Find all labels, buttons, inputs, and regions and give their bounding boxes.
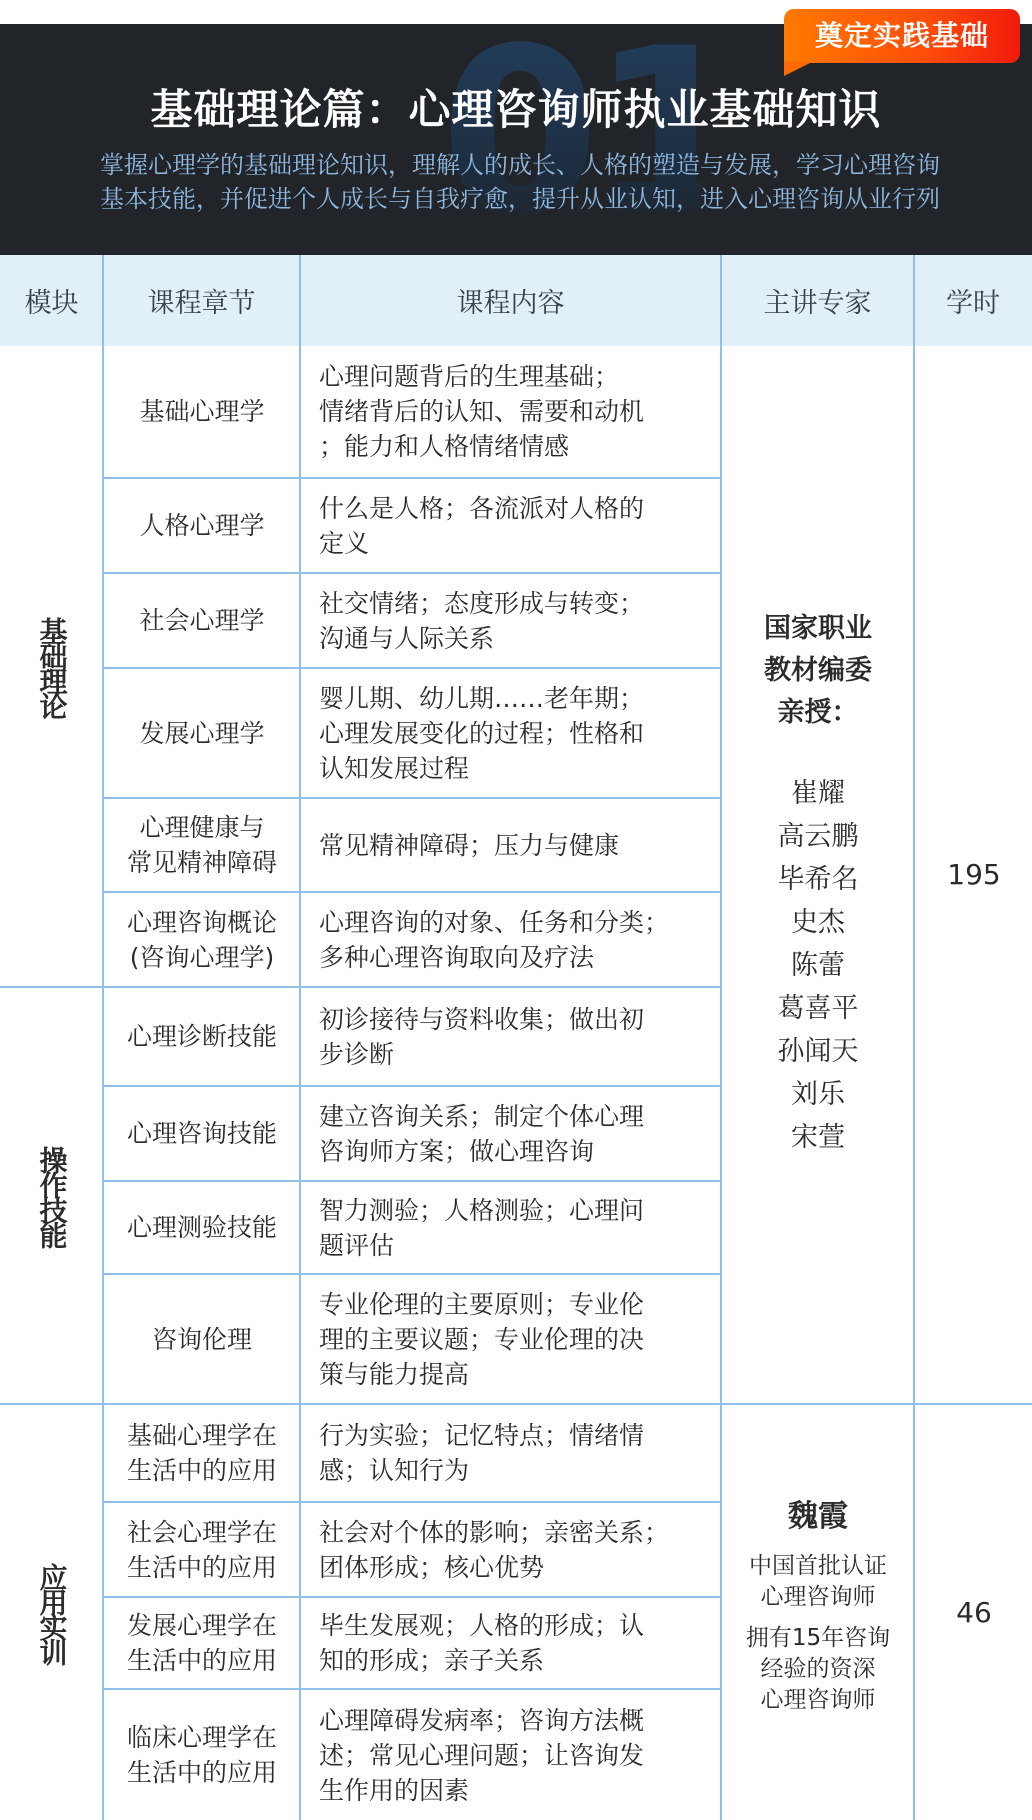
chapter-cell: 社会心理学 [104, 574, 300, 667]
module-label: 基础理论 [37, 617, 67, 717]
chapter-line: 发展心理学在 [127, 1608, 277, 1643]
content-line: 步诊断 [319, 1037, 644, 1072]
header-hours: 学时 [914, 255, 1032, 346]
hours-cell-46: 46 [916, 1405, 1032, 1820]
content-cell: 社会对个体的影响；亲密关系； 团体形成；核心优势 [301, 1503, 721, 1596]
chapter-line: 心理健康与 [127, 810, 277, 845]
expert-desc-line: 心理咨询师 [761, 1685, 876, 1716]
content-cell: 常见精神障碍；压力与健康 [301, 799, 721, 891]
content-line: 感；认知行为 [319, 1453, 644, 1488]
content-line: 婴儿期、幼儿期……老年期； [319, 681, 644, 716]
chapter-line: 生活中的应用 [127, 1755, 277, 1790]
chapter-line: 临床心理学在 [127, 1720, 277, 1755]
content-line: 什么是人格；各流派对人格的 [319, 491, 644, 526]
expert-name: 魏霞 [788, 1495, 848, 1539]
expert-heading-line: 教材编委 [764, 650, 872, 692]
chapter-cell: 基础心理学在 生活中的应用 [104, 1405, 300, 1501]
content-cell: 心理障碍发病率；咨询方法概 述；常见心理问题；让咨询发 生作用的因素 [301, 1690, 721, 1820]
chapter-line: 社会心理学 [139, 603, 264, 638]
chapter-cell: 社会心理学在 生活中的应用 [104, 1503, 300, 1596]
content-cell: 社交情绪；态度形成与转变； 沟通与人际关系 [301, 574, 721, 667]
content-line: 社交情绪；态度形成与转变； [319, 586, 644, 621]
expert-cell-weixia: 魏霞 中国首批认证 心理咨询师 拥有15年咨询 经验的资深 心理咨询师 [722, 1495, 914, 1716]
module-basic-theory: 基础理论 [0, 346, 103, 987]
hours-value: 46 [956, 1596, 992, 1629]
module-applied-training: 应用实训 [0, 1405, 103, 1820]
practice-badge: 奠定实践基础 [784, 9, 1020, 63]
chapter-line: 心理测验技能 [127, 1210, 277, 1245]
content-cell: 专业伦理的主要原则；专业伦 理的主要议题；专业伦理的决 策与能力提高 [301, 1275, 721, 1403]
chapter-cell: 心理诊断技能 [104, 988, 300, 1085]
expert-cell-national: 国家职业 教材编委 亲授： 崔耀 高云鹏 毕希名 史杰 陈蕾 葛喜平 孙闻天 刘… [722, 608, 914, 1159]
expert-name: 崔耀 [791, 772, 845, 815]
content-line: 专业伦理的主要原则；专业伦 [319, 1287, 644, 1322]
subtitle-line: 掌握心理学的基础理论知识，理解人的成长、人格的塑造与发展，学习心理咨询 [60, 148, 980, 182]
page-subtitle: 掌握心理学的基础理论知识，理解人的成长、人格的塑造与发展，学习心理咨询 基本技能… [60, 148, 980, 216]
content-line: ；能力和人格情绪情感 [319, 429, 644, 464]
content-line: 初诊接待与资料收集；做出初 [319, 1002, 644, 1037]
hours-cell-195: 195 [916, 346, 1032, 1403]
chapter-cell: 发展心理学在 生活中的应用 [104, 1598, 300, 1688]
chapter-line: 心理诊断技能 [127, 1019, 277, 1054]
content-line: 策与能力提高 [319, 1357, 644, 1392]
chapter-cell: 咨询伦理 [104, 1275, 300, 1403]
chapter-line: 人格心理学 [139, 508, 264, 543]
badge-tail-shape [784, 62, 812, 76]
content-cell: 初诊接待与资料收集；做出初 步诊断 [301, 988, 721, 1085]
content-line: 咨询师方案；做心理咨询 [319, 1134, 644, 1169]
content-line: 行为实验；记忆特点；情绪情 [319, 1418, 644, 1453]
page-title: 基础理论篇：心理咨询师执业基础知识 [0, 82, 1032, 138]
expert-desc-line: 拥有15年咨询 [746, 1623, 890, 1654]
expert-desc-line: 中国首批认证 [749, 1551, 887, 1582]
chapter-line: 心理咨询概论 [127, 905, 277, 940]
hours-value: 195 [947, 858, 1000, 891]
content-line: 生作用的因素 [319, 1773, 644, 1808]
content-line: 社会对个体的影响；亲密关系； [319, 1515, 669, 1550]
chapter-cell: 心理咨询概论 (咨询心理学) [104, 893, 300, 986]
content-line: 述；常见心理问题；让咨询发 [319, 1738, 644, 1773]
content-line: 心理障碍发病率；咨询方法概 [319, 1703, 644, 1738]
content-cell: 建立咨询关系；制定个体心理 咨询师方案；做心理咨询 [301, 1087, 721, 1180]
content-line: 沟通与人际关系 [319, 621, 644, 656]
chapter-cell: 发展心理学 [104, 669, 300, 797]
content-cell: 心理咨询的对象、任务和分类； 多种心理咨询取向及疗法 [301, 893, 721, 986]
header-expert: 主讲专家 [721, 255, 914, 346]
expert-name: 毕希名 [778, 858, 859, 901]
chapter-cell: 心理测验技能 [104, 1182, 300, 1273]
content-cell: 什么是人格；各流派对人格的 定义 [301, 479, 721, 572]
chapter-line: 常见精神障碍 [127, 845, 277, 880]
chapter-line: 生活中的应用 [127, 1643, 277, 1678]
header-content: 课程内容 [300, 255, 721, 346]
expert-heading-line: 亲授： [778, 692, 859, 734]
expert-desc-line: 心理咨询师 [761, 1582, 876, 1613]
content-line: 毕生发展观；人格的形成；认 [319, 1608, 644, 1643]
expert-name: 陈蕾 [791, 944, 845, 987]
expert-desc-line: 经验的资深 [761, 1654, 876, 1685]
header-module: 模块 [0, 255, 103, 346]
content-line: 心理咨询的对象、任务和分类； [319, 905, 669, 940]
content-line: 定义 [319, 526, 644, 561]
content-line: 多种心理咨询取向及疗法 [319, 940, 669, 975]
module-operation-skills: 操作技能 [0, 988, 103, 1404]
chapter-line: 基础心理学在 [127, 1418, 277, 1453]
content-line: 心理发展变化的过程；性格和 [319, 716, 644, 751]
chapter-line: 社会心理学在 [127, 1515, 277, 1550]
content-line: 智力测验；人格测验；心理问 [319, 1193, 644, 1228]
expert-name: 宋萱 [791, 1116, 845, 1159]
chapter-line: 发展心理学 [139, 716, 264, 751]
chapter-line: 生活中的应用 [127, 1453, 277, 1488]
content-cell: 心理问题背后的生理基础； 情绪背后的认知、需要和动机 ；能力和人格情绪情感 [301, 346, 721, 477]
chapter-line: 生活中的应用 [127, 1550, 277, 1585]
chapter-cell: 临床心理学在 生活中的应用 [104, 1690, 300, 1820]
chapter-cell: 心理咨询技能 [104, 1087, 300, 1180]
content-line: 常见精神障碍；压力与健康 [319, 828, 619, 863]
expert-name: 刘乐 [791, 1073, 845, 1116]
content-cell: 智力测验；人格测验；心理问 题评估 [301, 1182, 721, 1273]
expert-name: 史杰 [791, 901, 845, 944]
content-cell: 婴儿期、幼儿期……老年期； 心理发展变化的过程；性格和 认知发展过程 [301, 669, 721, 797]
expert-heading-line: 国家职业 [764, 608, 872, 650]
content-line: 题评估 [319, 1228, 644, 1263]
chapter-cell: 心理健康与 常见精神障碍 [104, 799, 300, 891]
content-line: 情绪背后的认知、需要和动机 [319, 394, 644, 429]
chapter-cell: 人格心理学 [104, 479, 300, 572]
header-chapter: 课程章节 [103, 255, 300, 346]
content-cell: 毕生发展观；人格的形成；认 知的形成；亲子关系 [301, 1598, 721, 1688]
content-line: 团体形成；核心优势 [319, 1550, 669, 1585]
chapter-cell: 基础心理学 [104, 346, 300, 477]
chapter-line: 基础心理学 [139, 394, 264, 429]
content-line: 理的主要议题；专业伦理的决 [319, 1322, 644, 1357]
content-line: 认知发展过程 [319, 751, 644, 786]
content-cell: 行为实验；记忆特点；情绪情 感；认知行为 [301, 1405, 721, 1501]
subtitle-line: 基本技能，并促进个人成长与自我疗愈，提升从业认知，进入心理咨询从业行列 [60, 182, 980, 216]
expert-name: 葛喜平 [778, 987, 859, 1030]
expert-name: 高云鹏 [778, 815, 859, 858]
chapter-line: 心理咨询技能 [127, 1116, 277, 1151]
chapter-line: (咨询心理学) [127, 940, 277, 975]
table-header: 模块 课程章节 课程内容 主讲专家 学时 [0, 255, 1032, 346]
expert-name: 孙闻天 [778, 1030, 859, 1073]
chapter-line: 咨询伦理 [152, 1322, 252, 1357]
module-label: 操作技能 [37, 1146, 67, 1246]
content-line: 心理问题背后的生理基础； [319, 359, 644, 394]
content-line: 建立咨询关系；制定个体心理 [319, 1099, 644, 1134]
module-label: 应用实训 [37, 1563, 67, 1663]
content-line: 知的形成；亲子关系 [319, 1643, 644, 1678]
